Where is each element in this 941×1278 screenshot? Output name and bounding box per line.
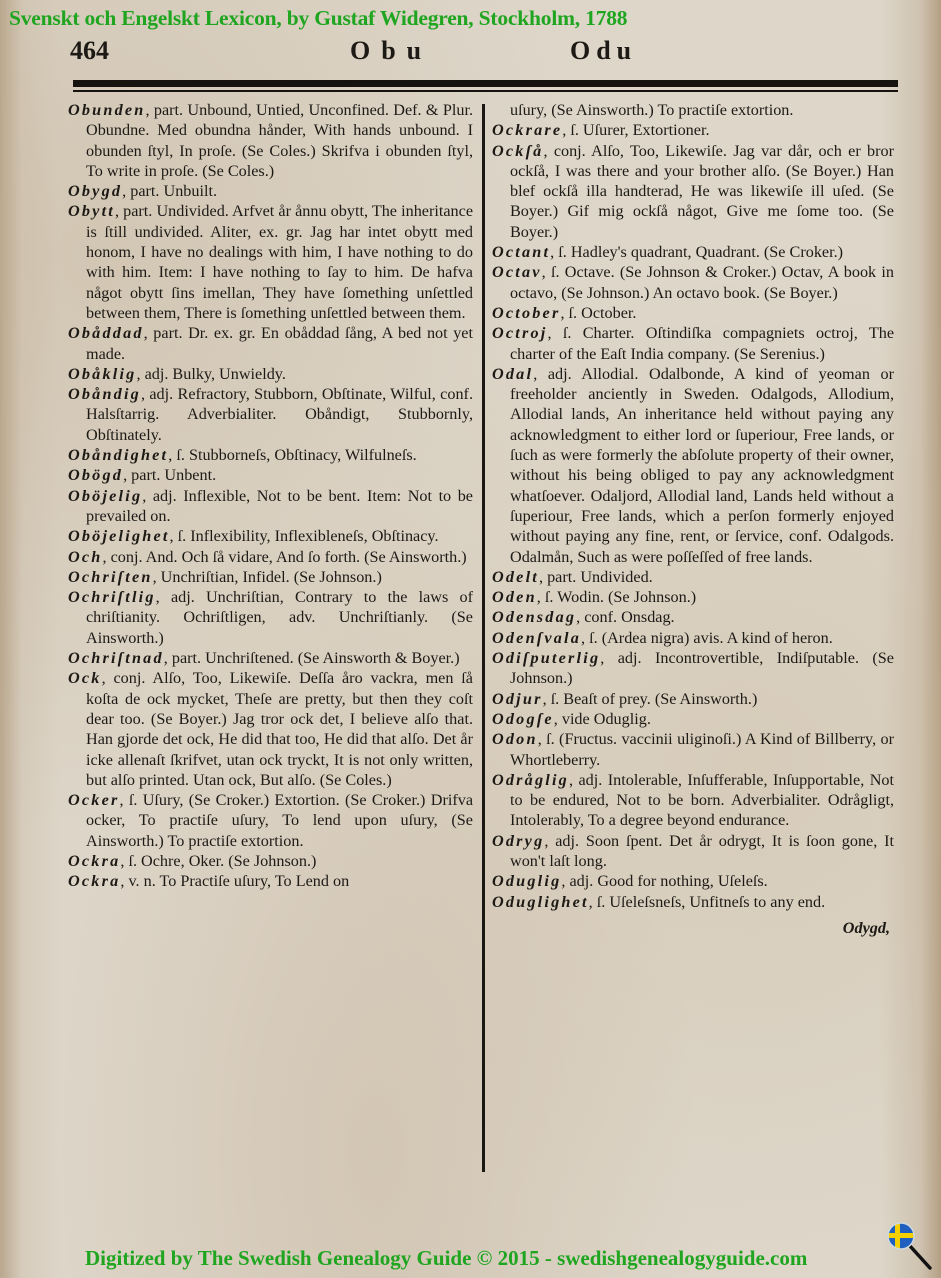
entry-definition: , adj. Inflexible, Not to be bent. Item:…	[86, 487, 473, 525]
entry-headword: Octroj	[492, 324, 547, 342]
dictionary-entry: Odogſe, vide Oduglig.	[492, 709, 894, 729]
entry-headword: Ochriſtlig	[68, 588, 156, 606]
entry-headword: Oböjelig	[68, 487, 142, 505]
dictionary-entry: October, ſ. October.	[492, 303, 894, 323]
dictionary-entry: Odon, ſ. (Fructus. vaccinii uliginoſi.) …	[492, 729, 894, 770]
dictionary-entry: Odensdag, conf. Onsdag.	[492, 607, 894, 627]
dictionary-entry: Oduglig, adj. Good for nothing, Uſeleſs.	[492, 871, 894, 891]
entry-definition: , adj. Allodial. Odalbonde, A kind of ye…	[510, 365, 894, 566]
entry-headword: Odiſputerlig	[492, 649, 600, 667]
entry-definition: , adj. Soon ſpent. Det år odrygt, It is …	[510, 832, 894, 870]
entry-headword: Odon	[492, 730, 538, 748]
entry-definition: , conj. And. Och ſå vidare, And ſo forth…	[102, 548, 466, 566]
dictionary-entry: Octav, ſ. Octave. (Se Johnson & Croker.)…	[492, 262, 894, 303]
entry-headword: Ock	[68, 669, 102, 687]
entry-headword: Oduglighet	[492, 893, 589, 911]
dictionary-entry: Obåddad, part. Dr. ex. gr. En obåddad ſå…	[68, 323, 473, 364]
entry-definition: , ſ. Charter. Oſtindiſka compagniets oct…	[510, 324, 894, 362]
dictionary-entry: Odenſvala, ſ. (Ardea nigra) avis. A kind…	[492, 628, 894, 648]
entry-headword: Odjur	[492, 690, 543, 708]
entry-headword: Odensdag	[492, 608, 576, 626]
dictionary-entry: Obåklig, adj. Bulky, Unwieldy.	[68, 364, 473, 384]
dictionary-entry: Ock, conj. Alſo, Too, Likewiſe. Deſſa år…	[68, 668, 473, 790]
dictionary-entry: Ochriſten, Unchriſtian, Infidel. (Se Joh…	[68, 567, 473, 587]
entry-headword: Odelt	[492, 568, 539, 586]
entry-definition: , part. Undivided.	[539, 568, 653, 586]
entry-definition: , ſ. (Fructus. vaccinii uliginoſi.) A Ki…	[510, 730, 894, 768]
dictionary-entry: Odelt, part. Undivided.	[492, 567, 894, 587]
header-rule-thin	[73, 90, 898, 92]
entry-definition: , part. Undivided. Arfvet år ånnu obytt,…	[86, 202, 473, 321]
entry-headword: Odråglig	[492, 771, 569, 789]
right-column: uſury, (Se Ainsworth.) To practiſe extor…	[492, 100, 894, 938]
entry-definition: , conj. Alſo, Too, Likewiſe. Jag var dår…	[510, 142, 894, 241]
entry-definition: , Unchriſtian, Infidel. (Se Johnson.)	[153, 568, 382, 586]
entry-definition: , conj. Alſo, Too, Likewiſe. Deſſa åro v…	[86, 669, 473, 788]
dictionary-entry: Oduglighet, ſ. Uſeleſsneſs, Unfitneſs to…	[492, 892, 894, 912]
dictionary-entry: Odråglig, adj. Intolerable, Inſufferable…	[492, 770, 894, 831]
entry-definition: , part. Unchriſtened. (Se Ainsworth & Bo…	[164, 649, 460, 667]
dictionary-entry: Oböjelig, adj. Inflexible, Not to be ben…	[68, 486, 473, 527]
entry-headword: Octant	[492, 243, 550, 261]
entry-definition: , ſ. Hadley's quadrant, Quadrant. (Se Cr…	[550, 243, 843, 261]
entry-definition: , adj. Good for nothing, Uſeleſs.	[561, 872, 767, 890]
dictionary-entry: Ockſå, conj. Alſo, Too, Likewiſe. Jag va…	[492, 141, 894, 242]
entry-headword: Odenſvala	[492, 629, 581, 647]
dictionary-entry: Ochriſtnad, part. Unchriſtened. (Se Ains…	[68, 648, 473, 668]
entry-definition: , ſ. Uſurer, Extortioner.	[562, 121, 709, 139]
entry-headword: Odal	[492, 365, 533, 383]
dictionary-entry: Obåndighet, ſ. Stubborneſs, Obſtinacy, W…	[68, 445, 473, 465]
dictionary-entry: Ocker, ſ. Uſury, (Se Croker.) Extortion.…	[68, 790, 473, 851]
entry-headword: Odryg	[492, 832, 544, 850]
dictionary-entry: Octroj, ſ. Charter. Oſtindiſka compagnie…	[492, 323, 894, 364]
page-number: 464	[70, 36, 109, 66]
entry-definition: , part. Dr. ex. gr. En obåddad ſång, A b…	[86, 324, 473, 362]
entry-definition: , ſ. Inflexibility, Inflexibleneſs, Obſt…	[170, 527, 439, 545]
page-header: 464 Obu Odu	[70, 36, 900, 76]
entry-headword: Oduglig	[492, 872, 561, 890]
dictionary-entry: Obygd, part. Unbuilt.	[68, 181, 473, 201]
dictionary-entry: Octant, ſ. Hadley's quadrant, Quadrant. …	[492, 242, 894, 262]
entry-headword: Obögd	[68, 466, 123, 484]
entry-definition: , ſ. Wodin. (Se Johnson.)	[537, 588, 696, 606]
dictionary-entry: Ockra, ſ. Ochre, Oker. (Se Johnson.)	[68, 851, 473, 871]
entry-headword: Obytt	[68, 202, 115, 220]
entry-headword: Ochriſtnad	[68, 649, 164, 667]
guide-word-left: Obu	[350, 36, 432, 66]
left-column: Obunden, part. Unbound, Untied, Unconfin…	[68, 100, 473, 892]
dictionary-entry: Obunden, part. Unbound, Untied, Unconfin…	[68, 100, 473, 181]
entry-definition: , part. Unbuilt.	[122, 182, 217, 200]
entry-headword: Ochriſten	[68, 568, 153, 586]
dictionary-entry: Oden, ſ. Wodin. (Se Johnson.)	[492, 587, 894, 607]
dictionary-entry: Odjur, ſ. Beaſt of prey. (Se Ainsworth.)	[492, 689, 894, 709]
entry-definition: , ſ. Stubborneſs, Obſtinacy, Wilfulneſs.	[168, 446, 416, 464]
entry-definition: , part. Unbound, Untied, Unconfined. Def…	[86, 101, 473, 180]
entry-headword: Oden	[492, 588, 537, 606]
header-rule-thick	[73, 80, 898, 87]
dictionary-entry: Obytt, part. Undivided. Arfvet år ånnu o…	[68, 201, 473, 323]
entry-headword: Ockra	[68, 852, 120, 870]
entry-definition: , vide Oduglig.	[554, 710, 651, 728]
entry-definition: , adj. Bulky, Unwieldy.	[136, 365, 285, 383]
entry-headword: October	[492, 304, 560, 322]
entry-definition: , ſ. Uſury, (Se Croker.) Extortion. (Se …	[86, 791, 473, 850]
dictionary-entry: Obögd, part. Unbent.	[68, 465, 473, 485]
dictionary-entry: Och, conj. And. Och ſå vidare, And ſo fo…	[68, 547, 473, 567]
entry-headword: Odogſe	[492, 710, 554, 728]
entry-definition: , ſ. October.	[560, 304, 636, 322]
entry-definition: , conf. Onsdag.	[576, 608, 674, 626]
dictionary-entry: Odiſputerlig, adj. Incontrovertible, Ind…	[492, 648, 894, 689]
entry-headword: Ockrare	[492, 121, 562, 139]
entry-headword: Obåndig	[68, 385, 141, 403]
entry-headword: Ocker	[68, 791, 119, 809]
dictionary-entry: Ockra, v. n. To Practiſe uſury, To Lend …	[68, 871, 473, 891]
column-divider	[482, 104, 485, 1172]
entry-definition: , ſ. Octave. (Se Johnson & Croker.) Octa…	[510, 263, 894, 301]
dictionary-entry: Odryg, adj. Soon ſpent. Det år odrygt, I…	[492, 831, 894, 872]
entry-headword: Obunden	[68, 101, 145, 119]
footer-credit: Digitized by The Swedish Genealogy Guide…	[85, 1246, 807, 1271]
dictionary-entry: Obåndig, adj. Refractory, Stubborn, Obſt…	[68, 384, 473, 445]
entry-headword: Obåndighet	[68, 446, 168, 464]
entry-headword: Ockſå	[492, 142, 543, 160]
guide-word-right: Odu	[570, 36, 637, 66]
entry-headword: Octav	[492, 263, 542, 281]
entry-definition: , adj. Refractory, Stubborn, Obſtinate, …	[86, 385, 473, 444]
entry-definition: , ſ. Uſeleſsneſs, Unfitneſs to any end.	[589, 893, 825, 911]
entry-headword: Obåddad	[68, 324, 144, 342]
dictionary-entry: Ochriſtlig, adj. Unchriſtian, Contrary t…	[68, 587, 473, 648]
continuation-text: uſury, (Se Ainsworth.) To practiſe extor…	[492, 100, 894, 120]
catchword: Odygd,	[492, 918, 894, 938]
swedish-flag-magnifier-icon	[884, 1220, 934, 1272]
dictionary-entry: Oböjelighet, ſ. Inflexibility, Inflexibl…	[68, 526, 473, 546]
dictionary-entry: Odal, adj. Allodial. Odalbonde, A kind o…	[492, 364, 894, 567]
entry-definition: , part. Unbent.	[123, 466, 216, 484]
entry-definition: , v. n. To Practiſe uſury, To Lend on	[120, 872, 349, 890]
entry-headword: Och	[68, 548, 102, 566]
entry-definition: , ſ. (Ardea nigra) avis. A kind of heron…	[581, 629, 833, 647]
entry-headword: Obåklig	[68, 365, 136, 383]
entry-definition: , ſ. Ochre, Oker. (Se Johnson.)	[120, 852, 316, 870]
entry-headword: Ockra	[68, 872, 120, 890]
entry-headword: Oböjelighet	[68, 527, 170, 545]
banner-title: Svenskt och Engelskt Lexicon, by Gustaf …	[9, 6, 627, 31]
dictionary-entry: Ockrare, ſ. Uſurer, Extortioner.	[492, 120, 894, 140]
entry-headword: Obygd	[68, 182, 122, 200]
entry-definition: , ſ. Beaſt of prey. (Se Ainsworth.)	[543, 690, 758, 708]
